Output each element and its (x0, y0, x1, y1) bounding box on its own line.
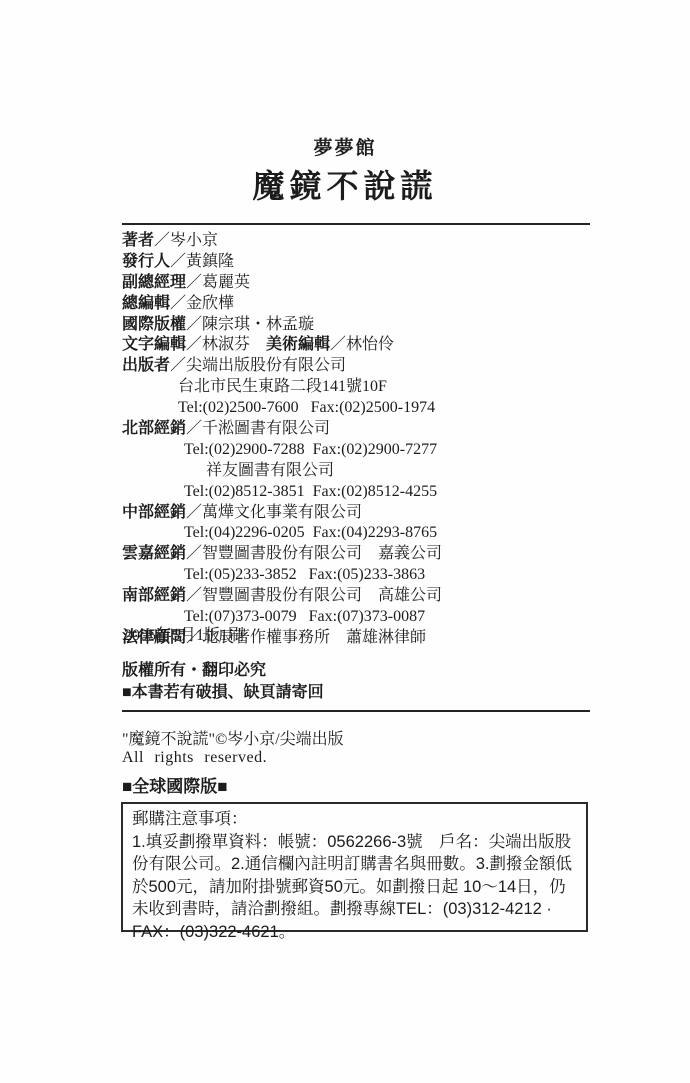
credit-role-label: 發行人 (122, 253, 170, 270)
copyright-statement-cn: 版權所有・翻印必究 (122, 657, 266, 680)
credit-row: Tel:(05)233-3852 Fax:(05)233-3863 (122, 565, 602, 586)
credit-value: Tel:(02)2900-7288 Fax:(02)2900-7277 (184, 441, 437, 458)
damaged-return-text: 本書若有破損、缺頁請寄回 (132, 684, 324, 701)
copyright-line: "魔鏡不說謊"©岑小京/尖端出版 (122, 726, 344, 749)
credit-value: ／智豐圖書股份有限公司 高雄公司 (186, 587, 442, 604)
credit-role-label: 中部經銷 (122, 504, 186, 521)
global-edition-badge: ■全球國際版■ (122, 772, 228, 797)
credit-value: ／林怡伶 (330, 336, 394, 353)
damaged-return-notice: ■本書若有破損、缺頁請寄回 (122, 679, 324, 702)
credit-row: 文字編輯／林淑芬美術編輯／林怡伶 (122, 335, 602, 356)
mail-order-notice-box: 郵購注意事項：1.填妥劃撥單資料：帳號：0562266-3號 戶名：尖端出版股份… (121, 802, 588, 932)
black-square-icon: ■ (122, 684, 132, 701)
credit-row: 著者／岑小京 (122, 231, 602, 252)
credit-role-label: 文字編輯 (122, 336, 186, 353)
black-square-icon: ■ (217, 777, 227, 796)
credit-row: 祥友圖書有限公司 (122, 461, 602, 482)
credit-role-label: 國際版權 (122, 316, 186, 333)
credit-row: 總編輯／金欣樺 (122, 294, 602, 315)
mail-order-heading: 郵購注意事項： (132, 808, 578, 831)
title-block: 夢夢館 魔鏡不說謊 (0, 133, 690, 207)
credit-row: 台北市民生東路二段141號10F (122, 377, 602, 398)
credit-row: 發行人／黃鎮隆 (122, 252, 602, 273)
credit-value: ／黃鎮隆 (170, 253, 234, 270)
credit-role-label: 美術編輯 (266, 336, 330, 353)
credit-role-label: 南部經銷 (122, 587, 186, 604)
credit-value: Tel:(02)2500-7600 Fax:(02)2500-1974 (178, 399, 435, 416)
credit-row: 出版者／尖端出版股份有限公司 (122, 356, 602, 377)
credit-row: 副總經理／葛麗英 (122, 273, 602, 294)
credit-value: 台北市民生東路二段141號10F (178, 378, 387, 395)
printing-info: 2005年5月1版1刷 (124, 622, 244, 645)
credits-list: 著者／岑小京發行人／黃鎮隆副總經理／葛麗英總編輯／金欣樺國際版權／陳宗琪・林孟璇… (122, 231, 602, 649)
all-rights-reserved: All rights reserved. (122, 749, 267, 767)
credit-value: ／智豐圖書股份有限公司 嘉義公司 (186, 545, 442, 562)
credit-value: ／尖端出版股份有限公司 (170, 357, 346, 374)
credit-value: ／金欣樺 (170, 295, 234, 312)
credit-row: 雲嘉經銷／智豐圖書股份有限公司 嘉義公司 (122, 544, 602, 565)
credit-role-label: 北部經銷 (122, 420, 186, 437)
credit-role-label: 著者 (122, 232, 154, 249)
credit-row: 南部經銷／智豐圖書股份有限公司 高雄公司 (122, 586, 602, 607)
global-edition-text: 全球國際版 (132, 777, 217, 796)
credit-row: Tel:(02)2500-7600 Fax:(02)2500-1974 (122, 398, 602, 419)
book-title: 魔鏡不說謊 (0, 161, 690, 207)
series-name: 夢夢館 (0, 133, 690, 160)
credit-row: 中部經銷／萬燁文化事業有限公司 (122, 503, 602, 524)
divider-top (122, 223, 590, 225)
credit-role-label: 雲嘉經銷 (122, 545, 186, 562)
credit-value: ／萬燁文化事業有限公司 (186, 504, 362, 521)
credit-row: 國際版權／陳宗琪・林孟璇 (122, 315, 602, 336)
credit-value: Tel:(02)8512-3851 Fax:(02)8512-4255 (184, 483, 437, 500)
credit-value: Tel:(05)233-3852 Fax:(05)233-3863 (184, 566, 425, 583)
credit-value: 祥友圖書有限公司 (206, 462, 334, 479)
credit-value: Tel:(04)2296-0205 Fax:(04)2293-8765 (184, 524, 437, 541)
credit-row: Tel:(02)2900-7288 Fax:(02)2900-7277 (122, 440, 602, 461)
black-square-icon: ■ (122, 777, 132, 796)
colophon-page: 夢夢館 魔鏡不說謊 著者／岑小京發行人／黃鎮隆副總經理／葛麗英總編輯／金欣樺國際… (0, 0, 690, 1083)
credit-value: ／林淑芬 (186, 336, 250, 353)
credit-value: ／陳宗琪・林孟璇 (186, 316, 314, 333)
credit-row: Tel:(02)8512-3851 Fax:(02)8512-4255 (122, 482, 602, 503)
credit-value: ／葛麗英 (186, 274, 250, 291)
credit-row: 北部經銷／千淞圖書有限公司 (122, 419, 602, 440)
credit-role-label: 副總經理 (122, 274, 186, 291)
credit-value: ／岑小京 (154, 232, 218, 249)
divider-bottom (122, 710, 590, 712)
credit-row: Tel:(04)2296-0205 Fax:(04)2293-8765 (122, 523, 602, 544)
credit-value: ／千淞圖書有限公司 (186, 420, 330, 437)
credit-role-label: 出版者 (122, 357, 170, 374)
credit-role-label: 總編輯 (122, 295, 170, 312)
mail-order-body: 1.填妥劃撥單資料：帳號：0562266-3號 戶名：尖端出版股份有限公司。2.… (132, 833, 572, 941)
